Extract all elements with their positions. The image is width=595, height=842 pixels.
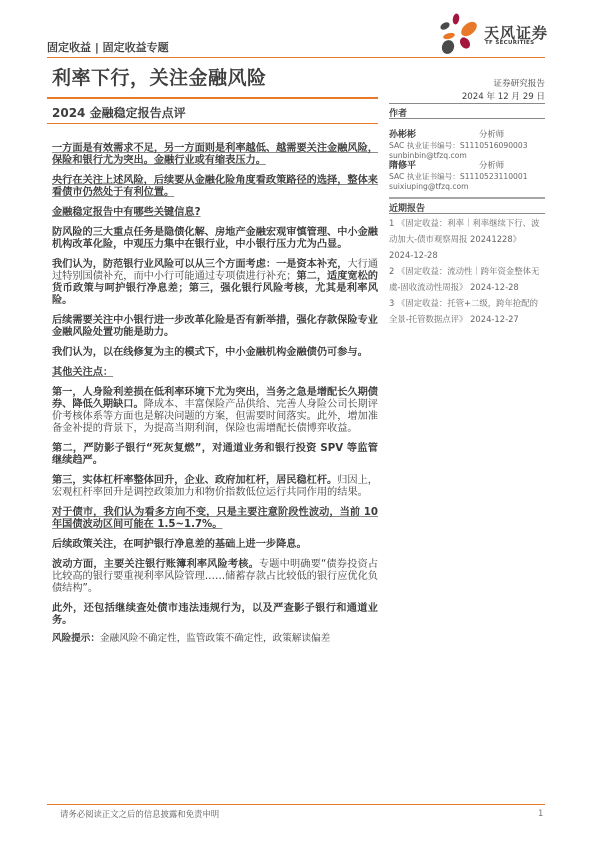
author-name: 隋修平 xyxy=(389,158,479,171)
summary-paragraph: 对于债市，我们认为看多方向不变，只是主要注意阶段性波动，当前 10 年国债波动区… xyxy=(52,507,378,531)
summary-text: 后续需要关注中小银行进一步改革化险是否有新举措，强化存款保险专业金融风险处置功能… xyxy=(52,315,378,338)
summary-text: 我们认为，以在线修复为主的模式下，中小金融机构金融债仍可参与。 xyxy=(52,347,368,358)
summary-text: 央行在关注上述风险，后续要从金融化险角度看政策路径的选择，整体来看债市仍然处于有… xyxy=(52,175,378,198)
summary-text: 第二，严防影子银行“死灰复燃”，对通道业务和银行投资 SPV 等监管继续趋严。 xyxy=(52,443,378,466)
recent-report-date: 2024-12-28 xyxy=(470,282,519,292)
summary-paragraph: 第三，实体杠杆率整体回升，企业、政府加杠杆，居民稳杠杆。归因上，宏观杠杆率回升是… xyxy=(52,475,378,499)
risk-text: 金融风险不确定性，监管政策不确定性，政策解读偏差 xyxy=(100,633,330,644)
summary-text: 此外，还包括继续查处债市违法违规行为，以及严查影子银行和通道业务。 xyxy=(52,603,378,626)
author-role: 分析师 xyxy=(479,160,504,170)
summary-paragraph: 第二，严防影子银行“死灰复燃”，对通道业务和银行投资 SPV 等监管继续趋严。 xyxy=(52,443,378,467)
summary-text: 防风险的三大重点任务是隐债化解、房地产金融宏观审慎管理、中小金融机构改革化险，中… xyxy=(52,227,378,250)
summary-text: 其他关注点： xyxy=(52,367,113,378)
footer-divider xyxy=(47,804,545,805)
header-divider xyxy=(47,57,545,58)
recent-report-date: 2024-12-28 xyxy=(389,247,545,263)
summary-paragraph: 此外，还包括继续查处债市违法违规行为，以及严查影子银行和通道业务。 xyxy=(52,603,378,627)
summary-text: 我们认为，防范银行业风险可以从三个方面考虑：一是资本补充， xyxy=(52,259,347,270)
report-type: 证券研究报告 xyxy=(389,77,545,89)
report-date: 2024 年 12 月 29 日 xyxy=(389,90,545,102)
author-role: 分析师 xyxy=(479,129,504,139)
recent-report-item[interactable]: 1 《固定收益：利率｜利率继续下行、波动加大-债市观察周报 20241228》 … xyxy=(389,215,545,263)
recent-report-date: 2024-12-27 xyxy=(470,314,519,324)
summary-text: 一方面是有效需求不足，另一方面则是利率越低、越需要关注金融风险，保险和银行尤为突… xyxy=(52,143,378,166)
subtitle-divider xyxy=(47,123,378,124)
report-category: 固定收益 | 固定收益专题 xyxy=(47,39,169,55)
summary-text: 波动方面，主要关注银行账簿利率风险考核。 xyxy=(52,559,259,570)
section-heading: 其他关注点： xyxy=(52,367,378,379)
summary-paragraph: 防风险的三大重点任务是隐债化解、房地产金融宏观审慎管理、中小金融机构改革化险，中… xyxy=(52,227,378,251)
author-sac: SAC 执业证书编号：S1110523110001 xyxy=(389,172,545,182)
author-sac: SAC 执业证书编号：S1110516090003 xyxy=(389,141,545,151)
recent-report-title[interactable]: 1 《固定收益：利率｜利率继续下行、波动加大-债市观察周报 20241228》 xyxy=(389,218,539,244)
summary-paragraph: 一方面是有效需求不足，另一方面则是利率越低、越需要关注金融风险，保险和银行尤为突… xyxy=(52,143,378,167)
page-number: 1 xyxy=(538,808,543,818)
author-card: 隋修平分析师 SAC 执业证书编号：S1110523110001 suixiup… xyxy=(389,153,545,191)
summary-paragraph: 央行在关注上述风险，后续要从金融化险角度看政策路径的选择，整体来看债市仍然处于有… xyxy=(52,175,378,199)
author-name: 孙彬彬 xyxy=(389,127,479,140)
summary-paragraph: 我们认为，防范银行业风险可以从三个方面考虑：一是资本补充，大行通过特别国债补充，… xyxy=(52,259,378,307)
date-divider xyxy=(389,103,545,104)
summary-text: 金融稳定报告中有哪些关键信息? xyxy=(52,207,201,218)
report-summary: 一方面是有效需求不足，另一方面则是利率越低、越需要关注金融风险，保险和银行尤为突… xyxy=(52,143,378,635)
risk-label: 风险提示： xyxy=(52,633,100,644)
recent-divider xyxy=(389,213,545,214)
recent-report-item[interactable]: 2 《固定收益：流动性｜跨年资金整体无虞-固收流动性周报》 2024-12-28 xyxy=(389,263,545,295)
title-divider xyxy=(47,97,378,99)
logo-petals-icon xyxy=(438,12,482,56)
footer-disclaimer[interactable]: 请务必阅读正文之后的信息披露和免责申明 xyxy=(60,808,219,820)
recent-divider-top xyxy=(389,197,545,199)
company-logo xyxy=(438,12,482,56)
summary-text: 后续政策关注，在呵护银行净息差的基础上进一步降息。 xyxy=(52,539,307,550)
summary-paragraph: 波动方面，主要关注银行账簿利率风险考核。专题中明确要“债券投资占比较高的银行要重… xyxy=(52,559,378,595)
page-title: 利率下行，关注金融风险 xyxy=(52,63,267,90)
section-question: 金融稳定报告中有哪些关键信息? xyxy=(52,207,378,219)
summary-paragraph: 我们认为，以在线修复为主的模式下，中小金融机构金融债仍可参与。 xyxy=(52,347,378,359)
recent-report-item[interactable]: 3 《固定收益：托管+二级，跨年抢配的全景-托管数据点评》 2024-12-27 xyxy=(389,295,545,327)
summary-paragraph: 后续政策关注，在呵护银行净息差的基础上进一步降息。 xyxy=(52,539,378,551)
risk-warning: 风险提示：金融风险不确定性，监管政策不确定性，政策解读偏差 xyxy=(52,630,330,644)
author-email[interactable]: suixiuping@tfzq.com xyxy=(389,182,545,192)
recent-reports-list: 1 《固定收益：利率｜利率继续下行、波动加大-债市观察周报 20241228》 … xyxy=(389,215,545,327)
summary-text: 对于债市，我们认为看多方向不变，只是主要注意阶段性波动，当前 10 年国债波动区… xyxy=(52,507,378,530)
page-subtitle: 2024 金融稳定报告点评 xyxy=(52,104,186,121)
authors-divider xyxy=(389,118,545,119)
logo-text-en: TF SECURITIES xyxy=(485,40,534,46)
summary-paragraph: 后续需要关注中小银行进一步改革化险是否有新举措，强化存款保险专业金融风险处置功能… xyxy=(52,315,378,339)
summary-text: 第三，实体杠杆率整体回升，企业、政府加杠杆，居民稳杠杆。 xyxy=(52,475,337,486)
summary-paragraph: 第一，人身险利差损在低利率环境下尤为突出，当务之急是增配长久期债券、降低久期缺口… xyxy=(52,387,378,435)
